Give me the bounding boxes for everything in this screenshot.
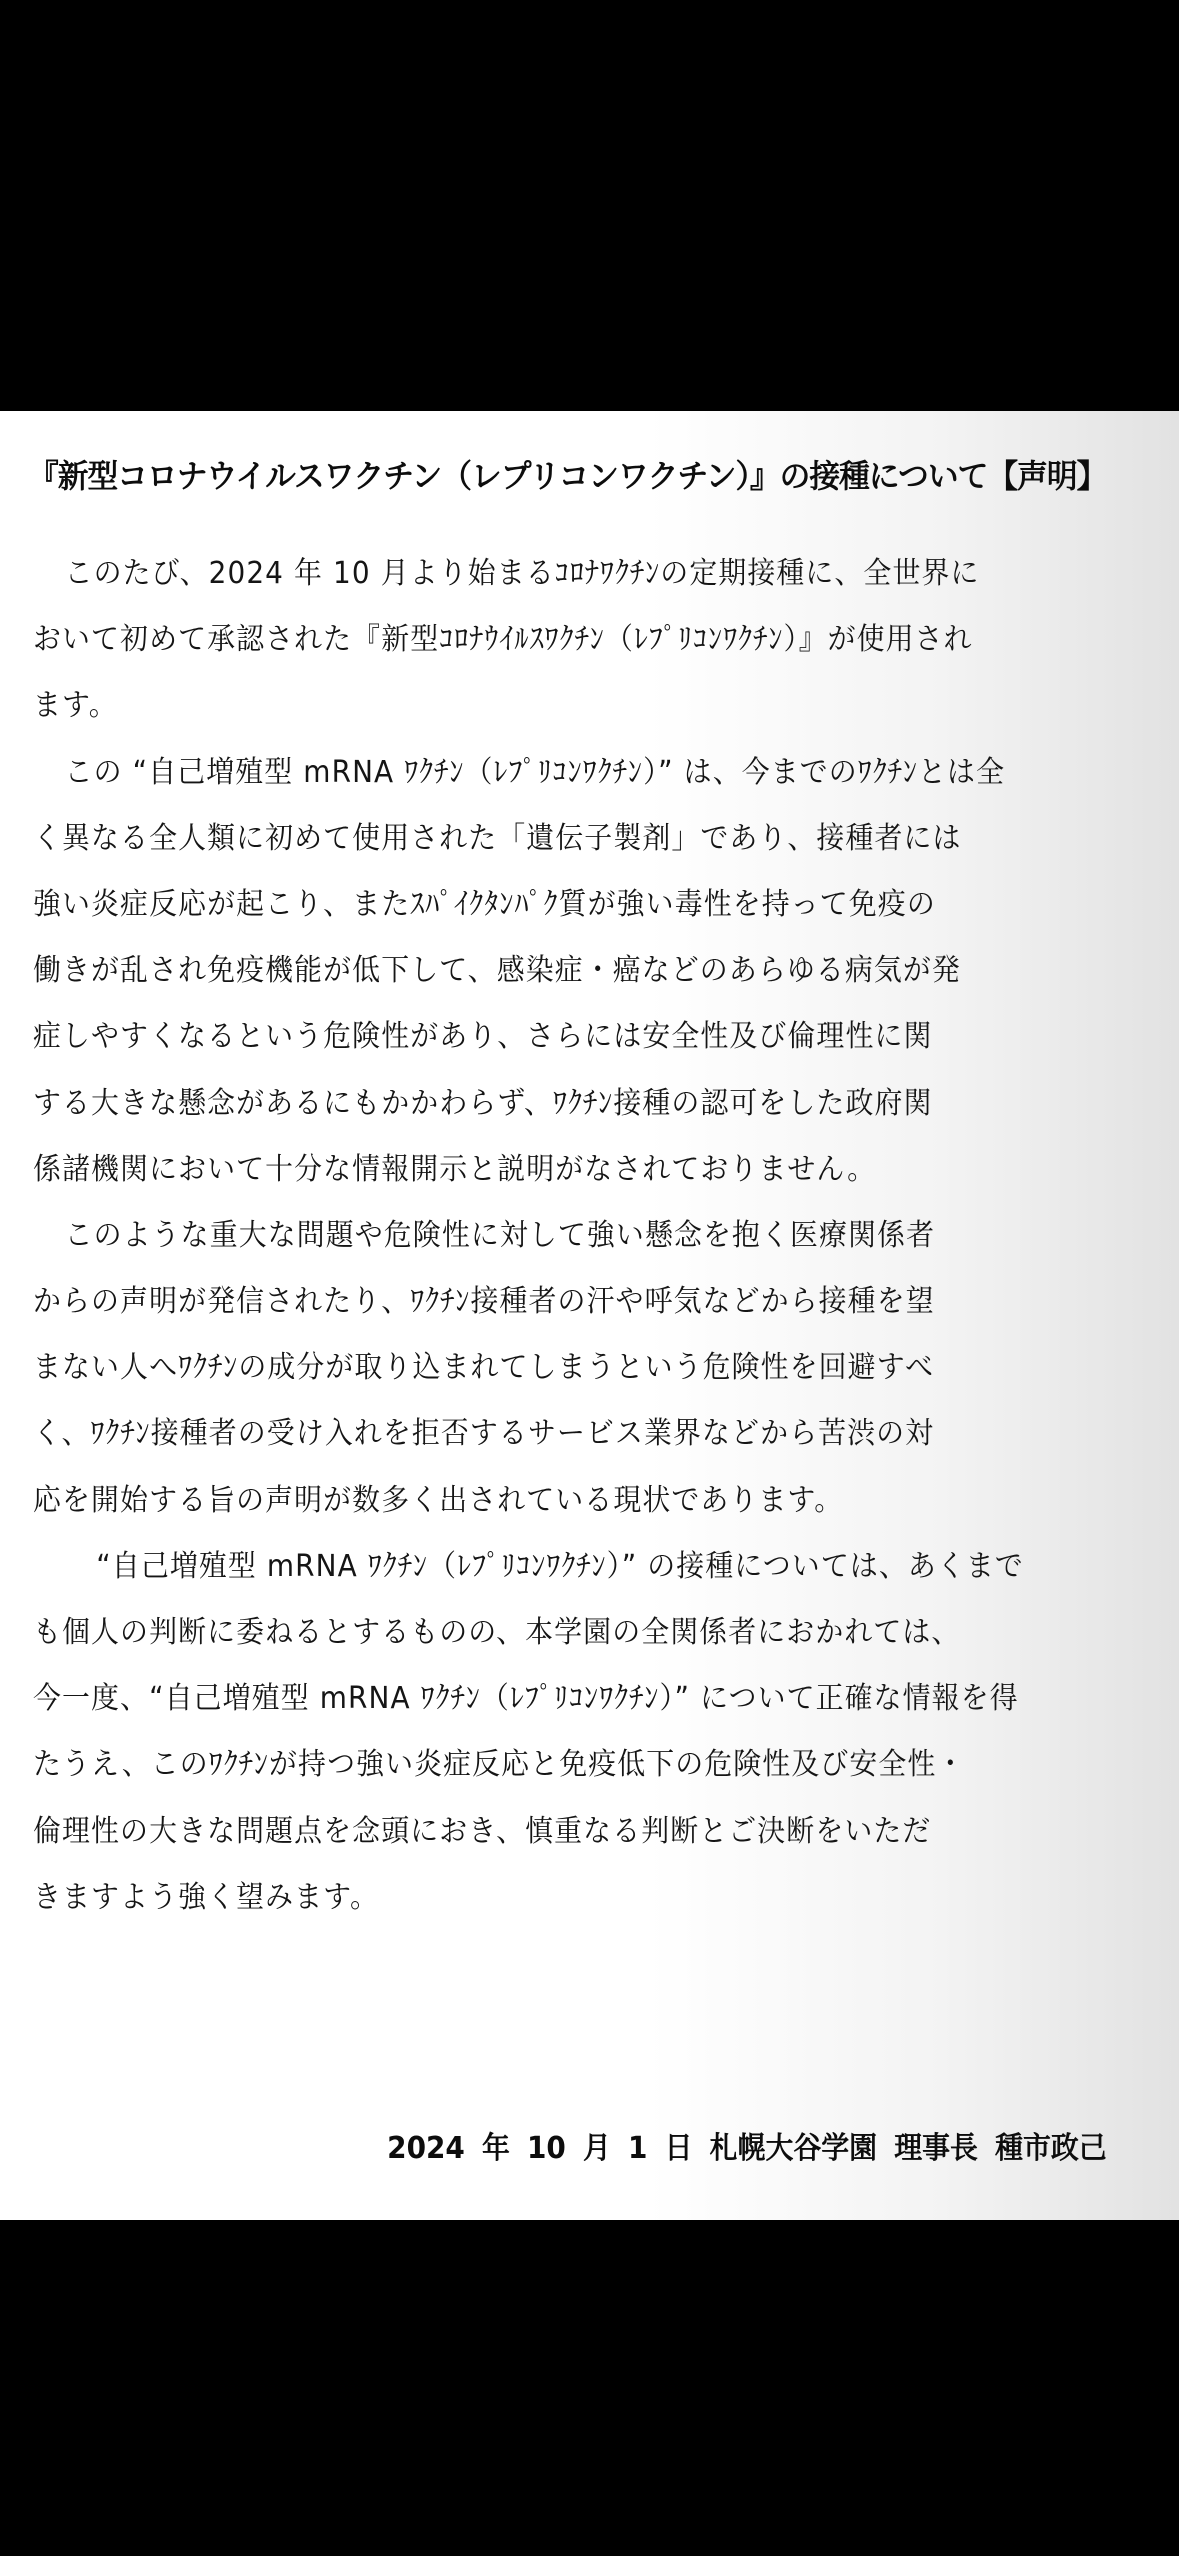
paragraph-1-line-2: おいて初めて承認された『新型ｺﾛﾅｳｲﾙｽﾜｸﾁﾝ（ﾚﾌﾟﾘｺﾝﾜｸﾁﾝ）』が使…	[33, 607, 1042, 673]
paragraph-2-line-7: 係諸機関において十分な情報開示と説明がなされておりません。	[33, 1137, 1042, 1203]
paragraph-2-line-3: 強い炎症反応が起こり、またｽﾊﾟｲｸﾀﾝﾊﾟｸ質が強い毒性を持って免疫の	[33, 872, 1042, 938]
paragraph-3-line-4: く、ﾜｸﾁﾝ接種者の受け入れを拒否するサービス業界などから苦渋の対	[33, 1401, 1042, 1467]
statement-document: 『新型コロナウイルスワクチン（レプリコンワクチン）』の接種について【声明】 この…	[0, 411, 1179, 2220]
paragraph-2-line-5: 症しやすくなるという危険性があり、さらには安全性及び倫理性に関	[33, 1004, 1042, 1070]
signature-position: 理事長	[895, 2131, 979, 2166]
paragraph-2-line-1: この “自己増殖型 mRNA ﾜｸﾁﾝ（ﾚﾌﾟﾘｺﾝﾜｸﾁﾝ）” は、今までのﾜ…	[33, 740, 1042, 806]
paragraph-3-line-5: 応を開始する旨の声明が数多く出されている現状であります。	[33, 1468, 1042, 1534]
paragraph-2-line-6: する大きな懸念があるにもかかわらず、ﾜｸﾁﾝ接種の認可をした政府関	[33, 1071, 1042, 1137]
paragraph-4-line-1: “自己増殖型 mRNA ﾜｸﾁﾝ（ﾚﾌﾟﾘｺﾝﾜｸﾁﾝ）” の接種については、あ…	[33, 1534, 1042, 1600]
letterbox-bottom	[0, 2220, 1179, 2556]
signature-organization: 札幌大谷学園	[710, 2131, 877, 2166]
paragraph-4-line-3: 今一度、“自己増殖型 mRNA ﾜｸﾁﾝ（ﾚﾌﾟﾘｺﾝﾜｸﾁﾝ）” について正確…	[33, 1666, 1042, 1732]
paragraph-2-line-2: く異なる全人類に初めて使用された「遺伝子製剤」であり、接種者には	[33, 806, 1042, 872]
signature-block: 2024 年 10 月 1 日 札幌大谷学園 理事長 種市政己	[387, 2123, 1107, 2167]
signature-date: 2024 年 10 月 1 日	[387, 2131, 692, 2166]
paragraph-2-line-4: 働きが乱され免疫機能が低下して、感染症・癌などのあらゆる病気が発	[33, 938, 1042, 1004]
paragraph-4-line-2: も個人の判断に委ねるとするものの、本学園の全関係者におかれては、	[33, 1600, 1042, 1666]
letterbox-top	[0, 0, 1179, 411]
paragraph-4-line-6: きますよう強く望みます。	[33, 1865, 1042, 1931]
paragraph-1-line-3: ます。	[33, 673, 1042, 739]
document-body: このたび、2024 年 10 月より始まるｺﾛﾅﾜｸﾁﾝの定期接種に、全世界に …	[33, 541, 1118, 1931]
paragraph-3-line-3: まない人へﾜｸﾁﾝの成分が取り込まれてしまうという危険性を回避すべ	[33, 1335, 1042, 1401]
document-title: 『新型コロナウイルスワクチン（レプリコンワクチン）』の接種について【声明】	[28, 451, 1103, 497]
paragraph-3-line-2: からの声明が発信されたり、ﾜｸﾁﾝ接種者の汗や呼気などから接種を望	[33, 1269, 1042, 1335]
signature-name: 種市政己	[995, 2131, 1107, 2166]
paragraph-1-line-1: このたび、2024 年 10 月より始まるｺﾛﾅﾜｸﾁﾝの定期接種に、全世界に	[33, 541, 1042, 607]
paragraph-4-line-4: たうえ、このﾜｸﾁﾝが持つ強い炎症反応と免疫低下の危険性及び安全性・	[33, 1732, 1042, 1798]
paragraph-3-line-1: このような重大な問題や危険性に対して強い懸念を抱く医療関係者	[33, 1203, 1042, 1269]
paragraph-4-line-5: 倫理性の大きな問題点を念頭におき、慎重なる判断とご決断をいただ	[33, 1799, 1042, 1865]
